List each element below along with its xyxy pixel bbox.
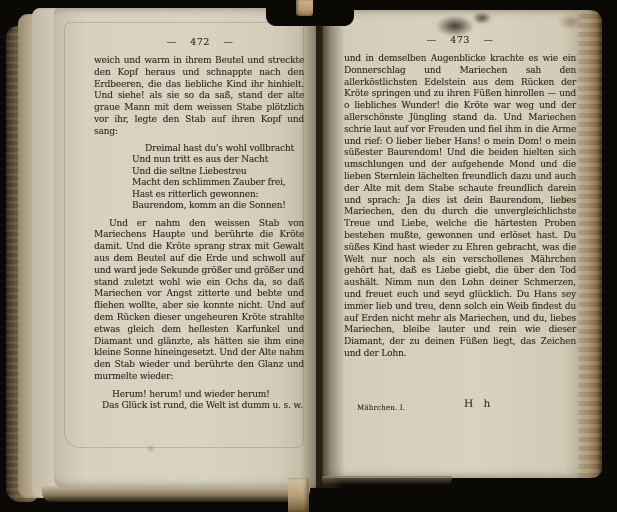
volume-signature: Mährchen. I. [357, 404, 405, 412]
verse-line: Und die seltne Liebestreu [132, 167, 304, 179]
gutter-crease [321, 10, 323, 478]
foxing-stain [552, 11, 590, 33]
open-book-photo: — 472 — weich und warm in ihrem Beutel u… [0, 0, 617, 512]
gathering-mark: H h [464, 398, 492, 410]
left-page-text-column: weich und warm in ihrem Beutel und strec… [94, 56, 304, 413]
spine-strap-top [296, 0, 313, 16]
verse-line: Herum! herum! und wieder herum! [102, 390, 304, 402]
right-page-text-column: und in demselben Augenblicke krachte es … [344, 54, 576, 361]
body-paragraph: weich und warm in ihrem Beutel und strec… [94, 56, 304, 139]
foxing-spot [148, 446, 154, 451]
deckle-edge-right [578, 10, 602, 478]
page-bottom-fringe [322, 476, 452, 485]
spine-strap-bottom [288, 478, 309, 512]
verse-line: Und nun tritt es aus der Nacht [132, 155, 304, 167]
verse-line: Das Glück ist rund, die Welt ist dumm u.… [102, 401, 304, 413]
verse-block: Herum! herum! und wieder herum! Das Glüc… [102, 390, 304, 413]
page-header-left: — 472 — [95, 37, 305, 48]
verse-line: Baurendom, komm an die Sonnen! [132, 201, 304, 213]
ink-stain [468, 9, 496, 27]
verse-line: Hast es ritterlich gewonnen: [132, 190, 304, 202]
body-paragraph: und in demselben Augenblicke krachte es … [344, 54, 576, 361]
page-header-right: — 473 — [345, 35, 575, 46]
verse-block: Dreimal hast du's wohl vollbracht Und nu… [132, 144, 304, 213]
page-stack-edge-bottom [42, 486, 310, 502]
body-paragraph: Und er nahm den weissen Stab von Mariech… [94, 219, 304, 384]
verse-line: Dreimal hast du's wohl vollbracht [132, 144, 304, 156]
verse-line: Macht den schlimmen Zauber frei, [132, 178, 304, 190]
